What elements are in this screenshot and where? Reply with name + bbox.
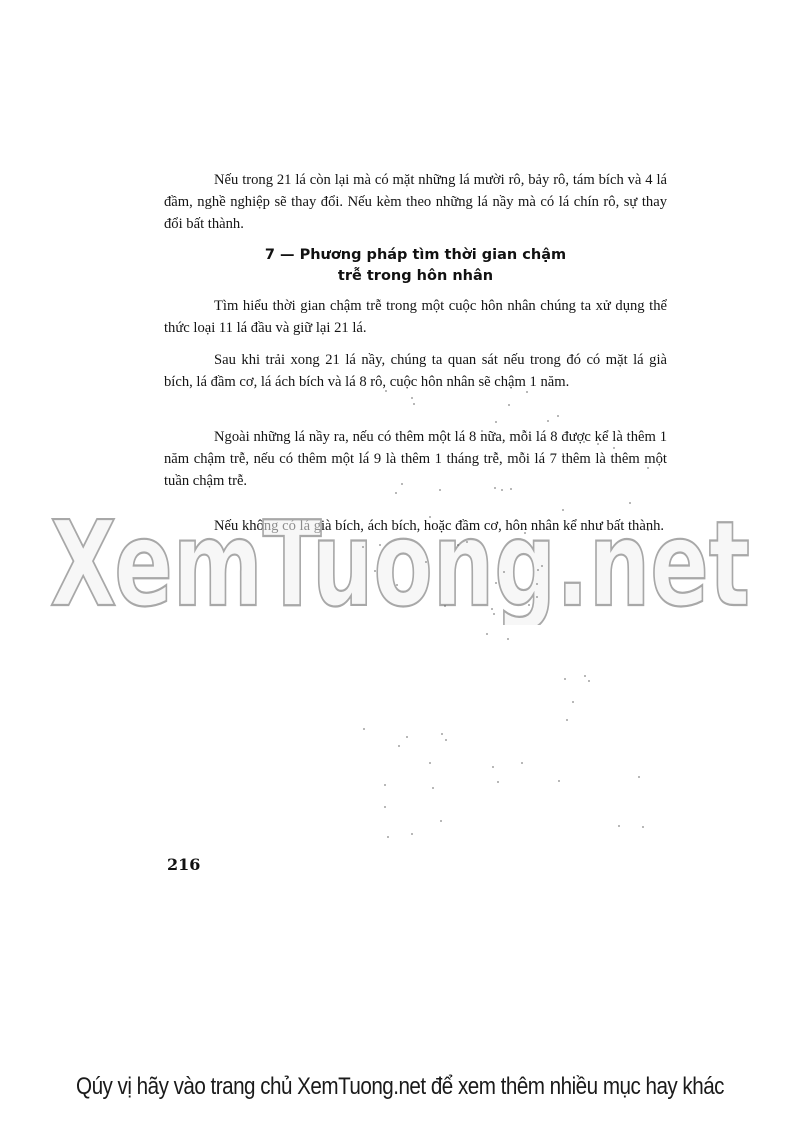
scan-speck [497, 781, 499, 783]
scan-speck [494, 487, 496, 489]
scan-speck [541, 565, 543, 567]
paragraph-intro: Nếu trong 21 lá còn lại mà có mặt những … [164, 170, 667, 235]
paragraph-intro-text: Nếu trong 21 lá còn lại mà có mặt những … [164, 172, 667, 232]
scan-speck [642, 826, 644, 828]
scan-speck [510, 488, 512, 490]
scan-speck [444, 605, 446, 607]
scan-speck [503, 571, 505, 573]
scan-speck [647, 467, 649, 469]
scan-speck [558, 780, 560, 782]
scan-speck [618, 825, 620, 827]
scan-speck [486, 633, 488, 635]
paragraph-4-text: Nếu không có lá già bích, ách bích, hoặc… [214, 518, 664, 534]
scan-speck [457, 544, 459, 546]
paragraph-2-text: Sau khi trải xong 21 lá nầy, chúng ta qu… [164, 352, 667, 390]
scan-speck [566, 719, 568, 721]
scan-speck [432, 787, 434, 789]
scan-speck [528, 604, 530, 606]
paragraph-3-text: Ngoài những lá nầy ra, nếu có thêm một l… [164, 429, 667, 489]
scan-speck [362, 546, 364, 548]
scan-speck [385, 390, 387, 392]
paragraph-1: Tìm hiểu thời gian chậm trễ trong một cu… [164, 296, 667, 340]
scan-speck [445, 739, 447, 741]
scan-speck [638, 776, 640, 778]
scan-speck [379, 544, 381, 546]
scan-speck [597, 443, 599, 445]
scan-speck [493, 613, 495, 615]
scan-speck [613, 447, 615, 449]
scan-speck [495, 582, 497, 584]
page-number: 216 [167, 855, 200, 874]
scan-speck [547, 420, 549, 422]
scan-speck [411, 833, 413, 835]
paragraph-4: Nếu không có lá già bích, ách bích, hoặc… [164, 516, 667, 538]
scan-speck [425, 561, 427, 563]
scan-speck [562, 453, 564, 455]
scan-speck [536, 596, 538, 598]
scan-speck [588, 680, 590, 682]
section-heading: 7 — Phương pháp tìm thời gian chậm trễ t… [164, 245, 667, 287]
scan-speck [537, 569, 539, 571]
scanned-book-page: Nếu trong 21 lá còn lại mà có mặt những … [0, 0, 800, 1132]
scan-speck [562, 509, 564, 511]
section-heading-line1: 7 — Phương pháp tìm thời gian chậm [164, 245, 667, 266]
section-heading-line2: trễ trong hôn nhân [164, 266, 667, 287]
scan-speck [584, 675, 586, 677]
scan-speck [411, 397, 413, 399]
scan-speck [363, 728, 365, 730]
paragraph-3: Ngoài những lá nầy ra, nếu có thêm một l… [164, 427, 667, 492]
scan-speck [441, 733, 443, 735]
scan-speck [395, 492, 397, 494]
scan-speck [629, 502, 631, 504]
scan-speck [387, 836, 389, 838]
scan-speck [401, 483, 403, 485]
scan-speck [521, 762, 523, 764]
scan-speck [384, 784, 386, 786]
paragraph-2: Sau khi trải xong 21 lá nầy, chúng ta qu… [164, 350, 667, 394]
scan-speck [398, 745, 400, 747]
scan-speck [572, 701, 574, 703]
paragraph-1-text: Tìm hiểu thời gian chậm trễ trong một cu… [164, 298, 667, 336]
scan-speck [440, 820, 442, 822]
scan-speck [557, 415, 559, 417]
scan-speck [396, 584, 398, 586]
scan-speck [564, 678, 566, 680]
scan-speck [491, 608, 493, 610]
scan-speck [374, 570, 376, 572]
scan-speck [495, 421, 497, 423]
scan-speck [501, 489, 503, 491]
scan-speck [406, 736, 408, 738]
scan-speck [507, 638, 509, 640]
scan-speck [384, 806, 386, 808]
scan-speck [466, 541, 468, 543]
scan-speck [508, 404, 510, 406]
scan-speck [429, 762, 431, 764]
footer-notice: Qúy vị hãy vào trang chủ XemTuong.net để… [56, 1073, 744, 1101]
scan-speck [413, 403, 415, 405]
scan-speck [583, 441, 585, 443]
scan-speck [536, 583, 538, 585]
scan-speck [492, 766, 494, 768]
